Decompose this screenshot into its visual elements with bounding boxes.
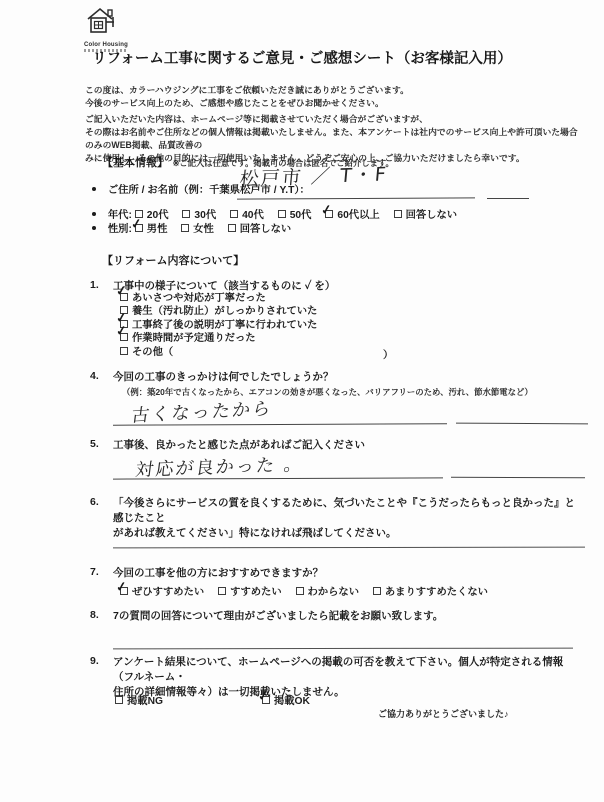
- q9-options: ✓掲載NG ✓掲載OK: [115, 692, 321, 707]
- q6-text: 「今後さらにサービスの質を良くするために、気づいたことや『こうだったらもっと良か…: [113, 496, 583, 541]
- q6-line2: があれば教えてください」特になければ飛ばしてください。: [113, 526, 583, 541]
- age-option: ✓回答しない: [394, 210, 457, 221]
- intro-paragraph-1: この度は、カラーハウジングに工事をご依頼いただき誠にありがとうございます。 今後…: [85, 84, 585, 110]
- house-icon: [84, 6, 120, 36]
- answer-line: [113, 477, 443, 479]
- q9-option-ok: ✓掲載OK: [262, 696, 310, 707]
- q7-option: ✓わからない: [296, 587, 359, 598]
- q7-text: 今回の工事を他の方におすすめできますか？: [113, 566, 583, 581]
- q4-example: （例：築20年で古くなったから、エアコンの効きが悪くなった、バリアフリーのため、…: [122, 386, 533, 398]
- answer-line: [237, 197, 475, 199]
- answer-line: [456, 423, 588, 425]
- checkbox: [278, 210, 286, 218]
- age-row: 年代: ✓20代 ✓30代 ✓40代 ✓50代 ✓60代以上 ✓回答しない: [92, 206, 468, 221]
- q9-line1: アンケート結果について、ホームページへの掲載の可否を教えて下さい。個人が特定され…: [113, 655, 583, 685]
- intro2-line2: その際はお名前やご住所などの個人情報は掲載いたしません。また、本アンケートは社内…: [85, 126, 585, 152]
- checkbox: [373, 587, 381, 595]
- check-mark-icon: ✓: [115, 283, 128, 298]
- q7-option: ✓ぜひすすめたい: [120, 587, 204, 598]
- answer-line: [451, 477, 585, 479]
- checkbox: [182, 210, 190, 218]
- q1-other-close-paren: ）: [383, 346, 393, 361]
- q1-item: ✓あいさつや対応が丁寧だった: [120, 292, 317, 305]
- bullet-icon: [92, 187, 96, 191]
- q7-option: ✓あまりすすめたくない: [373, 587, 488, 598]
- checkbox: [120, 347, 128, 355]
- checkbox: [181, 224, 189, 232]
- thanks-message: ご協力ありがとうございました♪: [378, 707, 509, 720]
- check-mark-icon: ✓: [115, 578, 128, 595]
- intro1-line2: 今後のサービス向上のため、ご感想や感じたことをぜひお聞かせください。: [85, 97, 585, 110]
- answer-line: [113, 423, 447, 425]
- gender-option: ✓女性: [181, 224, 214, 235]
- checkbox: [230, 210, 238, 218]
- q1-item: ✓作業時間が予定通りだった: [120, 332, 317, 345]
- q9-number: 9.: [90, 655, 99, 667]
- q5-text: 工事後、良かったと感じた点があればご記入ください: [113, 438, 583, 453]
- checkbox: [228, 224, 236, 232]
- scanned-feedback-sheet: Color Housing リフォーム工事に関するご意見・ご感想シート（お客様記…: [0, 0, 604, 802]
- checkbox: [296, 587, 304, 595]
- q4-number: 4.: [90, 370, 99, 382]
- q9-option-ng: ✓掲載NG: [115, 696, 163, 707]
- q6-number: 6.: [90, 496, 99, 508]
- q1-item: ✓養生（汚れ防止）がしっかりされていた: [120, 305, 317, 318]
- q1-checklist: ✓あいさつや対応が丁寧だった ✓養生（汚れ防止）がしっかりされていた ✓工事終了…: [120, 292, 317, 359]
- check-mark-icon: ✓: [320, 201, 333, 218]
- gender-label: 性別:: [108, 224, 132, 235]
- q1-number: 1.: [90, 279, 99, 291]
- q1-item: ✓工事終了後の説明が丁寧に行われていた: [120, 319, 317, 332]
- bullet-icon: [92, 226, 96, 230]
- q8-text: 7の質問の回答について理由がございましたら記載をお願い致します。: [113, 609, 583, 624]
- company-logo: Color Housing: [84, 6, 154, 52]
- q1-item-other: ✓その他（: [120, 346, 317, 359]
- answer-line: [113, 547, 585, 549]
- bullet-icon: [92, 212, 96, 216]
- q6-line1: 「今後さらにサービスの質を良くするために、気づいたことや『こうだったらもっと良か…: [113, 496, 583, 526]
- reform-section-heading: 【リフォーム内容について】: [102, 252, 244, 268]
- q8-number: 8.: [90, 609, 99, 621]
- check-mark-icon: ✓: [115, 324, 128, 339]
- q7-options: ✓ぜひすすめたい ✓すすめたい ✓わからない ✓あまりすすめたくない: [120, 583, 499, 598]
- check-mark-icon: ✓: [130, 215, 143, 232]
- gender-row: 性別: ✓男性 ✓女性 ✓回答しない: [92, 220, 302, 235]
- gender-option: ✓男性: [135, 224, 168, 235]
- q5-number: 5.: [90, 438, 99, 450]
- age-option: ✓60代以上: [325, 210, 379, 221]
- handwritten-q4-answer: 古くなったから: [130, 394, 274, 427]
- q7-number: 7.: [90, 566, 99, 578]
- gender-option: ✓回答しない: [228, 224, 291, 235]
- check-mark-icon: ✓: [257, 687, 270, 704]
- handwritten-address-name: 松戸市 ／ T・F: [239, 159, 390, 191]
- answer-line: [487, 198, 529, 199]
- checkbox: [115, 696, 123, 704]
- page-title: リフォーム工事に関するご意見・ご感想シート（お客様記入用）: [0, 47, 604, 68]
- checkbox: [394, 210, 402, 218]
- intro1-line1: この度は、カラーハウジングに工事をご依頼いただき誠にありがとうございます。: [85, 84, 585, 97]
- q7-option: ✓すすめたい: [218, 587, 282, 598]
- answer-line: [113, 648, 573, 650]
- basic-info-heading: 【基本情報】: [102, 157, 168, 169]
- checkbox: [218, 587, 226, 595]
- intro2-line1: ご記入いただいた内容は、ホームページ等に掲載させていただく場合がございますが、: [85, 113, 585, 126]
- q4-text: 今回の工事のきっかけは何でしたでしょうか？: [113, 370, 583, 385]
